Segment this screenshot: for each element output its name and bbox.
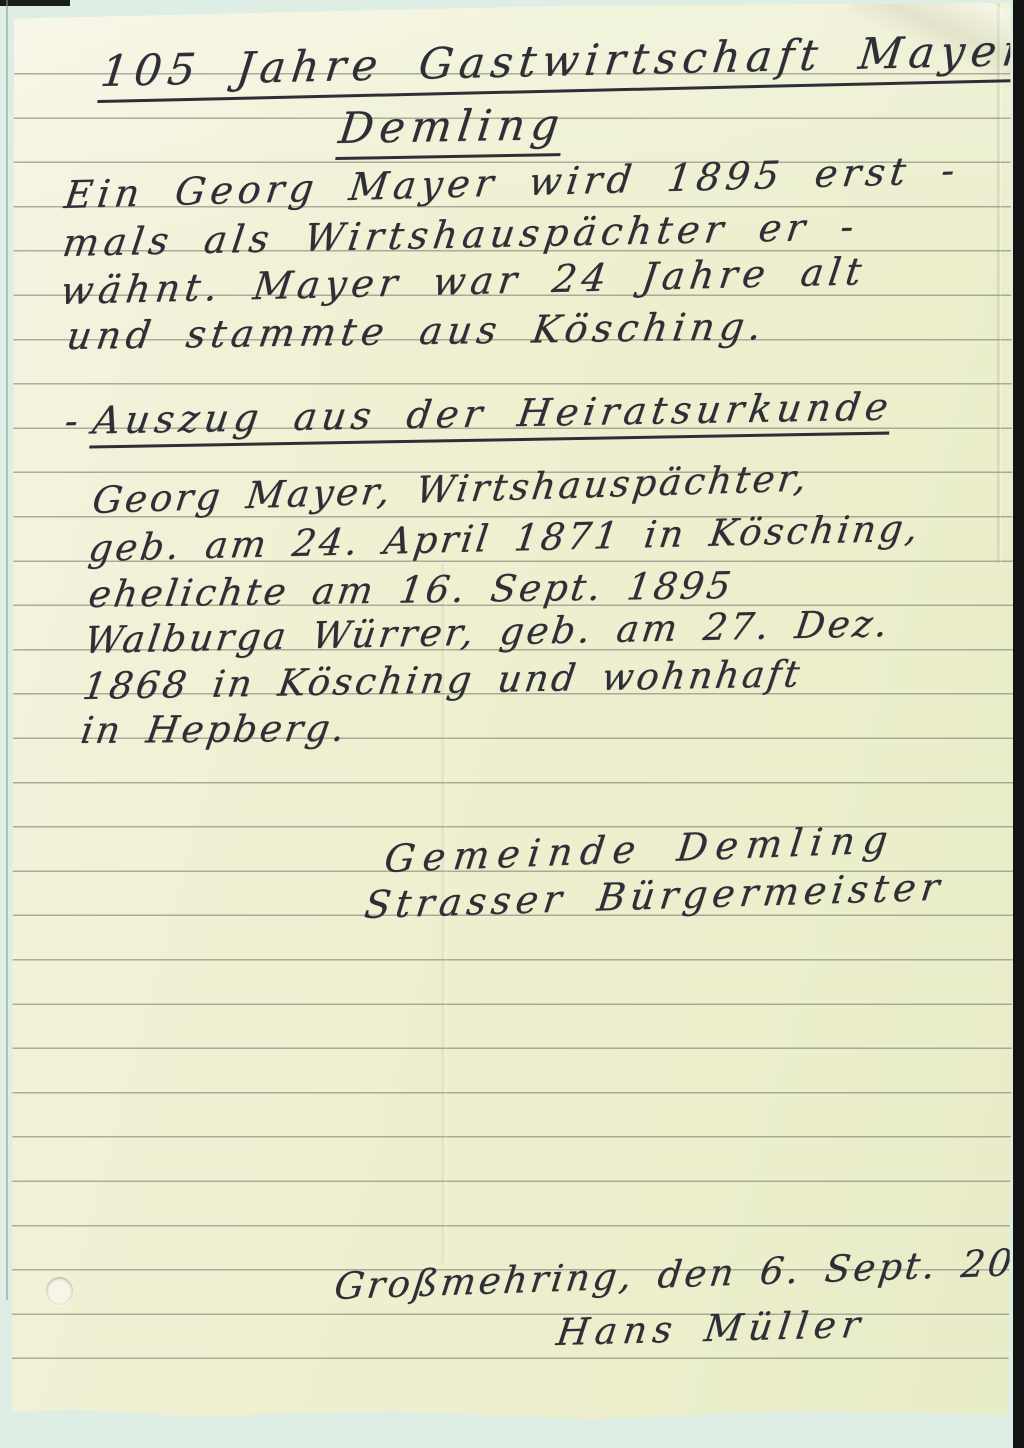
scanned-document: 105 Jahre Gastwirtschaft Mayer Demling E… [0, 0, 1024, 1448]
scan-edge-top [0, 0, 70, 6]
title-line-2-text: Demling [335, 100, 567, 160]
scan-edge-left [6, 0, 8, 1300]
punch-hole [46, 1277, 73, 1305]
scan-edge-right [1013, 0, 1024, 1448]
signature-name: Hans Müller [554, 1303, 868, 1354]
title-line-2: Demling [336, 100, 568, 154]
extract-line-6: in Hepberg. [78, 707, 350, 752]
paper-sheet: 105 Jahre Gastwirtschaft Mayer Demling E… [10, 3, 1014, 1425]
